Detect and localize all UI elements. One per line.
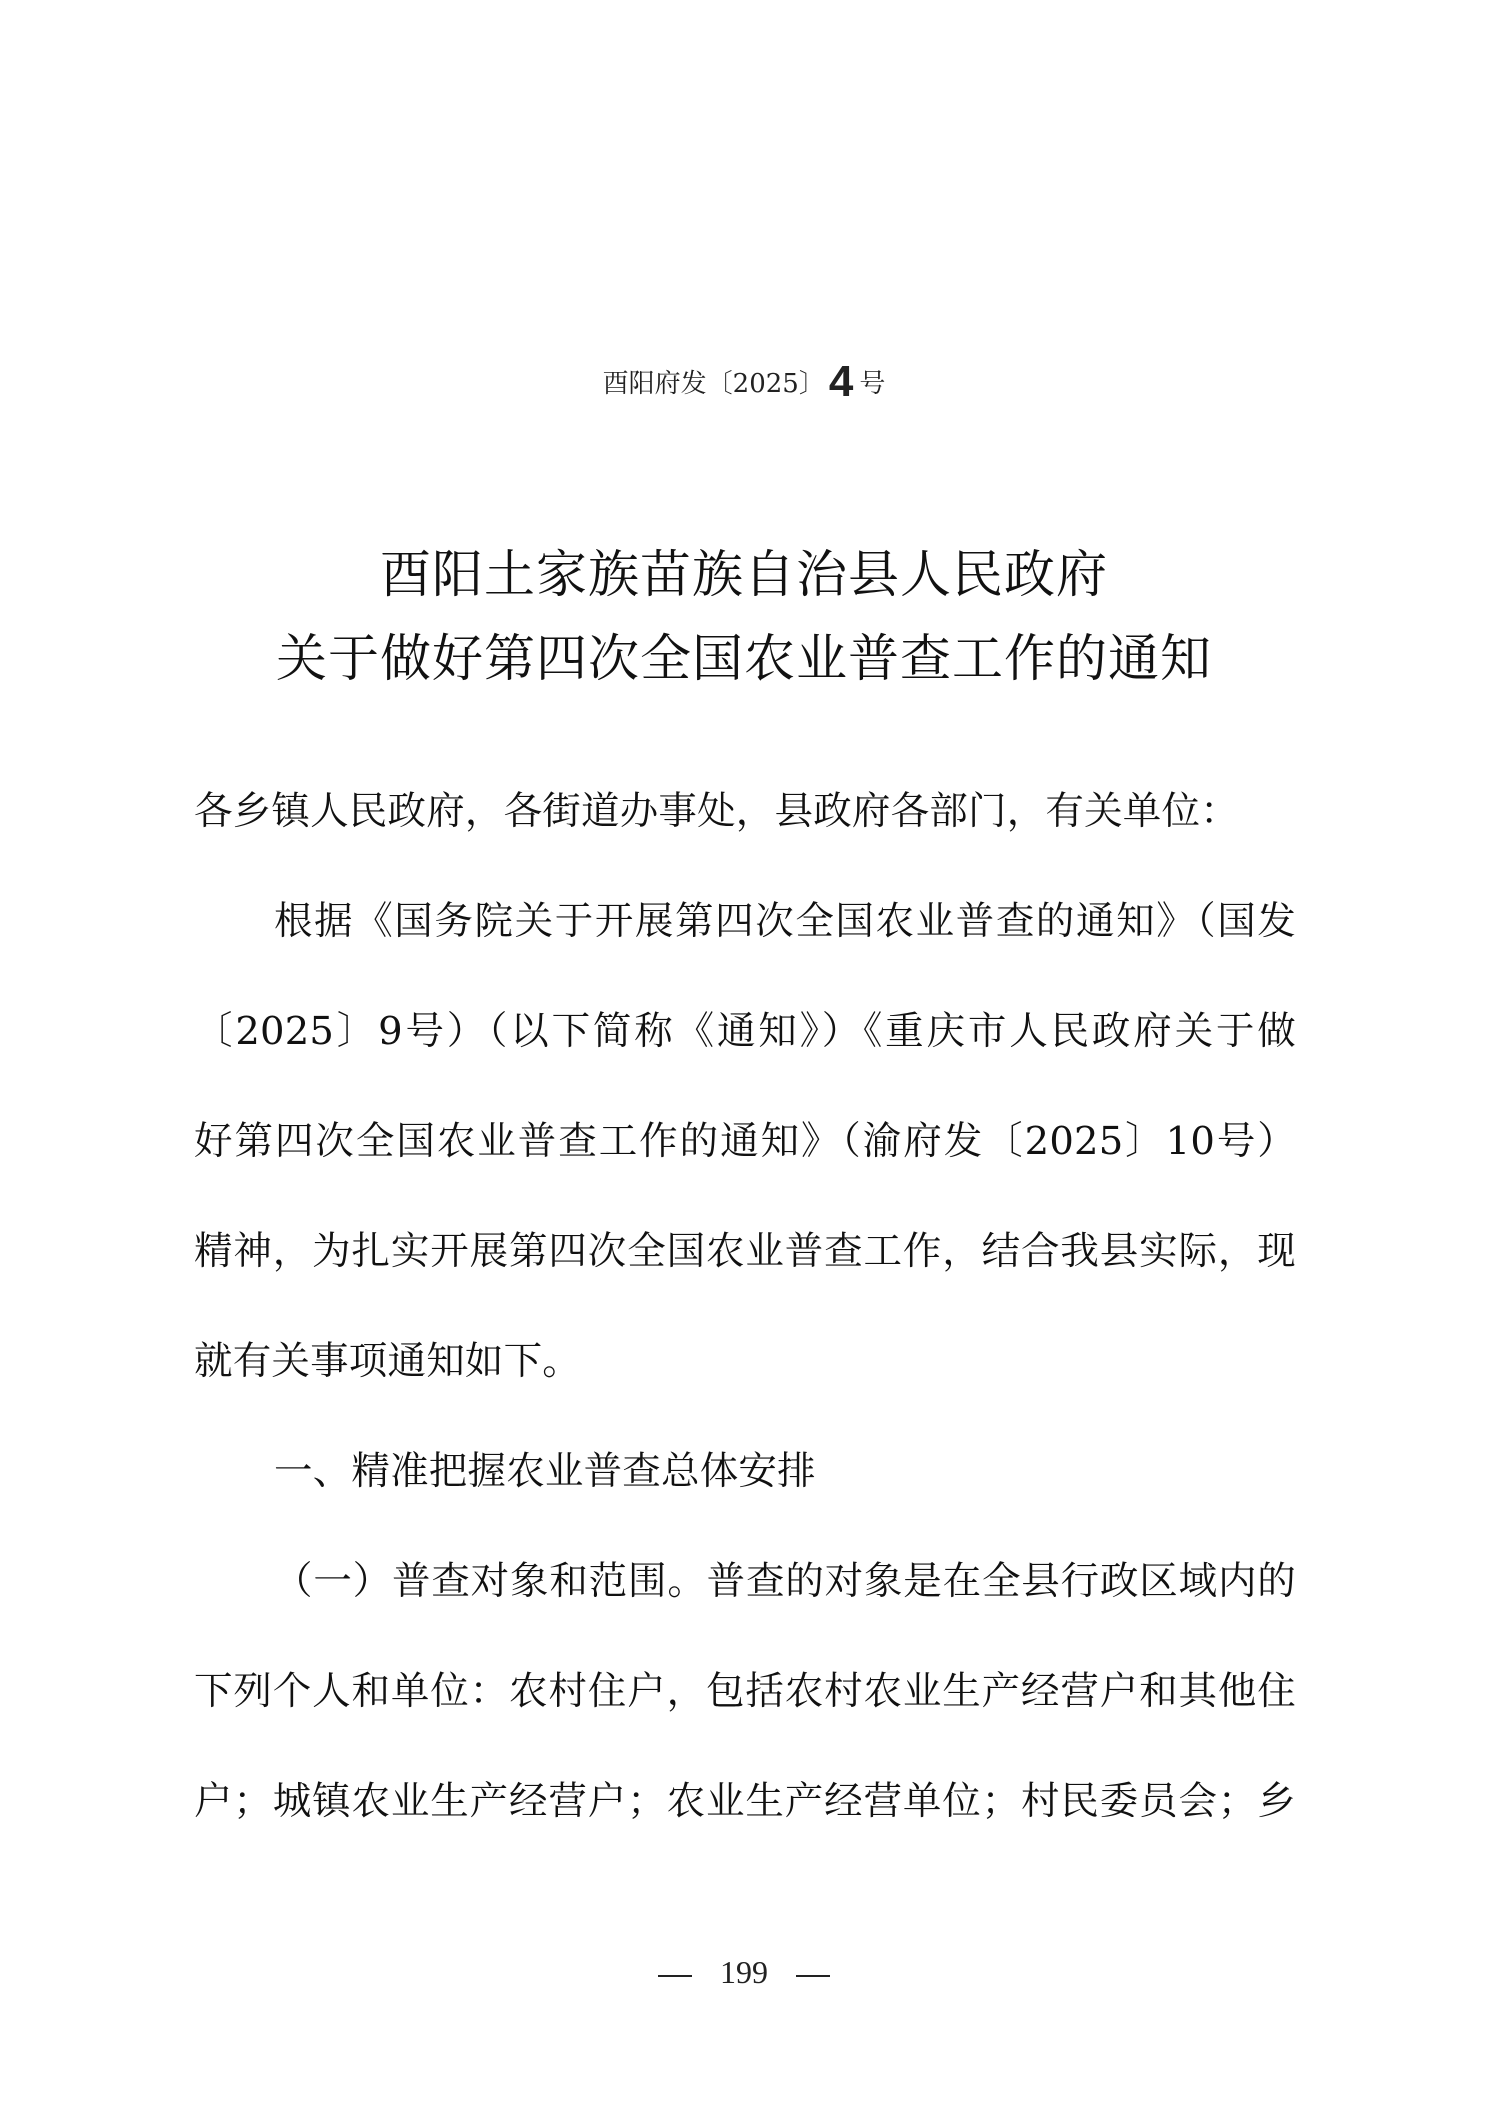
salutation: 各乡镇人民政府，各街道办事处，县政府各部门，有关单位： [194,782,1296,842]
body-line: 根据《国务院关于开展第四次全国农业普查的通知》（国发 [274,892,1296,952]
body-line: 下列个人和单位：农村住户，包括农村农业生产经营户和其他住 [194,1662,1296,1722]
document-number-prefix: 酉阳府发〔2025〕 [603,369,825,399]
body-line: 精神，为扎实开展第四次全国农业普查工作，结合我县实际，现 [194,1222,1296,1282]
document-number-suffix: 号 [859,369,885,399]
document-number-value: 4 [829,357,853,406]
body-line: 〔2025〕9号）（以下简称《通知》）《重庆市人民政府关于做 [194,1002,1296,1062]
body-line: （一）普查对象和范围。普查的对象是在全县行政区域内的 [274,1552,1296,1612]
body-line: 就有关事项通知如下。 [194,1332,1296,1392]
dash-left [658,1975,692,1977]
body-line: 好第四次全国农业普查工作的通知》（渝府发〔2025〕10号） [194,1112,1296,1172]
dash-right [796,1975,830,1977]
document-number: 酉阳府发〔2025〕4号 [0,352,1488,414]
document-title-line-2: 关于做好第四次全国农业普查工作的通知 [0,620,1488,700]
document-page: 酉阳府发〔2025〕4号 酉阳土家族苗族自治县人民政府 关于做好第四次全国农业普… [0,0,1488,2105]
page-number-value: 199 [720,1954,768,1990]
page-number: 199 [0,1945,1488,1999]
section-heading: 一、精准把握农业普查总体安排 [274,1442,1296,1502]
body-line: 户；城镇农业生产经营户；农业生产经营单位；村民委员会；乡 [194,1772,1296,1832]
document-title-line-1: 酉阳土家族苗族自治县人民政府 [0,536,1488,616]
